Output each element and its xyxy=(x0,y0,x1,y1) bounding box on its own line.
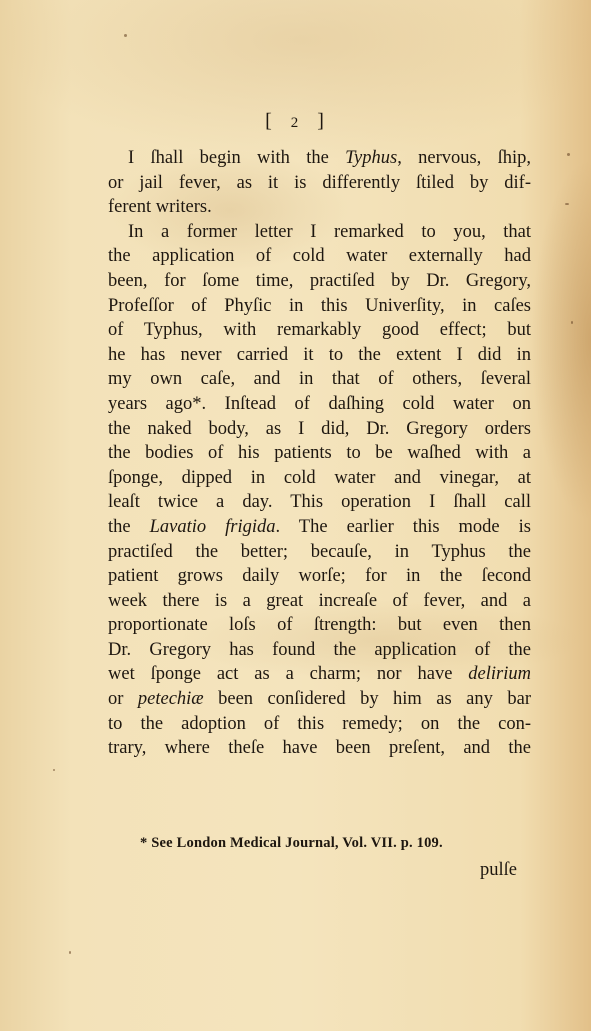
paper-speck xyxy=(571,321,573,324)
paper-speck xyxy=(69,951,71,954)
paper-speck xyxy=(567,153,570,156)
text-line: week there is a great increaſe of fever,… xyxy=(108,589,531,614)
text-run: Profeſſor of Phyſic in this Univerſity, … xyxy=(108,296,531,316)
page-number-close-bracket: ] xyxy=(307,110,336,132)
text-line: of Typhus, with remarkably good effect; … xyxy=(108,318,531,343)
text-line: I ſhall begin with the Typhus, nervous, … xyxy=(108,146,531,171)
text-line: proportionate loſs of ſtrength: but even… xyxy=(108,613,531,638)
text-line: the bodies of his patients to be waſhed … xyxy=(108,441,531,466)
text-run: Dr. Gregory has found the application of… xyxy=(108,640,531,660)
text-line: the Lavatio frigida. The earlier this mo… xyxy=(108,515,531,540)
text-run: ſponge, dipped in cold water and vinegar… xyxy=(108,468,531,488)
text-run: trary, where theſe have been preſent, an… xyxy=(108,738,531,758)
page-number-value: 2 xyxy=(291,115,301,131)
text-run: or jail fever, as it is differently ſtil… xyxy=(108,173,531,193)
italic-term: petechiæ xyxy=(138,689,204,709)
text-line: patient grows daily worſe; for in the ſe… xyxy=(108,564,531,589)
text-line: In a former letter I remarked to you, th… xyxy=(108,220,531,245)
text-line: the naked body, as I did, Dr. Gregory or… xyxy=(108,417,531,442)
text-run: my own caſe, and in that of others, ſeve… xyxy=(108,369,531,389)
text-line: years ago*. Inſtead of daſhing cold wate… xyxy=(108,392,531,417)
page-number: [ 2 ] xyxy=(0,110,591,133)
text-run: In a former letter I remarked to you, th… xyxy=(128,222,531,242)
text-run: , nervous, ſhip, xyxy=(397,148,531,168)
text-line: ſponge, dipped in cold water and vinegar… xyxy=(108,466,531,491)
text-run: practiſed the better; becauſe, in Typhus… xyxy=(108,542,531,562)
footnote-text: See London Medical Journal, Vol. VII. p.… xyxy=(151,835,443,851)
page-number-open-bracket: [ xyxy=(255,110,284,132)
text-run: the naked body, as I did, Dr. Gregory or… xyxy=(108,419,531,439)
text-run: the application of cold water externally… xyxy=(108,246,531,266)
text-line: Dr. Gregory has found the application of… xyxy=(108,638,531,663)
catchword: pulſe xyxy=(480,860,517,881)
italic-term: Typhus xyxy=(345,148,397,168)
text-line: or petechiæ been conſidered by him as an… xyxy=(108,687,531,712)
text-line: trary, where theſe have been preſent, an… xyxy=(108,736,531,761)
text-run: been, for ſome time, practiſed by Dr. Gr… xyxy=(108,271,531,291)
text-run: to the adoption of this remedy; on the c… xyxy=(108,714,531,734)
paper-speck xyxy=(53,769,55,771)
text-run: of Typhus, with remarkably good effect; … xyxy=(108,320,531,340)
text-run: he has never carried it to the extent I … xyxy=(108,345,531,365)
text-run: wet ſponge act as a charm; nor have xyxy=(108,664,468,684)
text-run: been conſidered by him as any bar xyxy=(204,689,531,709)
text-line: wet ſponge act as a charm; nor have deli… xyxy=(108,662,531,687)
text-line: ferent writers. xyxy=(108,195,531,220)
text-line: leaſt twice a day. This operation I ſhal… xyxy=(108,490,531,515)
italic-term: Lavatio frigida xyxy=(150,517,276,537)
text-run: years ago*. Inſtead of daſhing cold wate… xyxy=(108,394,531,414)
text-run: week there is a great increaſe of fever,… xyxy=(108,591,531,611)
text-run: . The earlier this mode is xyxy=(276,517,531,537)
text-run: I ſhall begin with the xyxy=(128,148,345,168)
text-run: the xyxy=(108,517,150,537)
book-page: [ 2 ] I ſhall begin with the Typhus, ner… xyxy=(0,0,591,1031)
text-line: Profeſſor of Phyſic in this Univerſity, … xyxy=(108,294,531,319)
text-run: the bodies of his patients to be waſhed … xyxy=(108,443,531,463)
text-run: proportionate loſs of ſtrength: but even… xyxy=(108,615,531,635)
text-line: the application of cold water externally… xyxy=(108,244,531,269)
body-text: I ſhall begin with the Typhus, nervous, … xyxy=(108,146,531,761)
text-line: practiſed the better; becauſe, in Typhus… xyxy=(108,540,531,565)
text-run: or xyxy=(108,689,138,709)
text-line: he has never carried it to the extent I … xyxy=(108,343,531,368)
italic-term: delirium xyxy=(468,664,531,684)
text-run: ferent writers. xyxy=(108,197,212,217)
text-line: to the adoption of this remedy; on the c… xyxy=(108,712,531,737)
paper-speck xyxy=(565,203,569,205)
paper-speck xyxy=(124,34,127,37)
text-run: leaſt twice a day. This operation I ſhal… xyxy=(108,492,531,512)
text-line: or jail fever, as it is differently ſtil… xyxy=(108,171,531,196)
footnote-marker: * xyxy=(140,835,147,851)
text-line: been, for ſome time, practiſed by Dr. Gr… xyxy=(108,269,531,294)
text-line: my own caſe, and in that of others, ſeve… xyxy=(108,367,531,392)
footnote: * See London Medical Journal, Vol. VII. … xyxy=(140,835,520,852)
text-run: patient grows daily worſe; for in the ſe… xyxy=(108,566,531,586)
